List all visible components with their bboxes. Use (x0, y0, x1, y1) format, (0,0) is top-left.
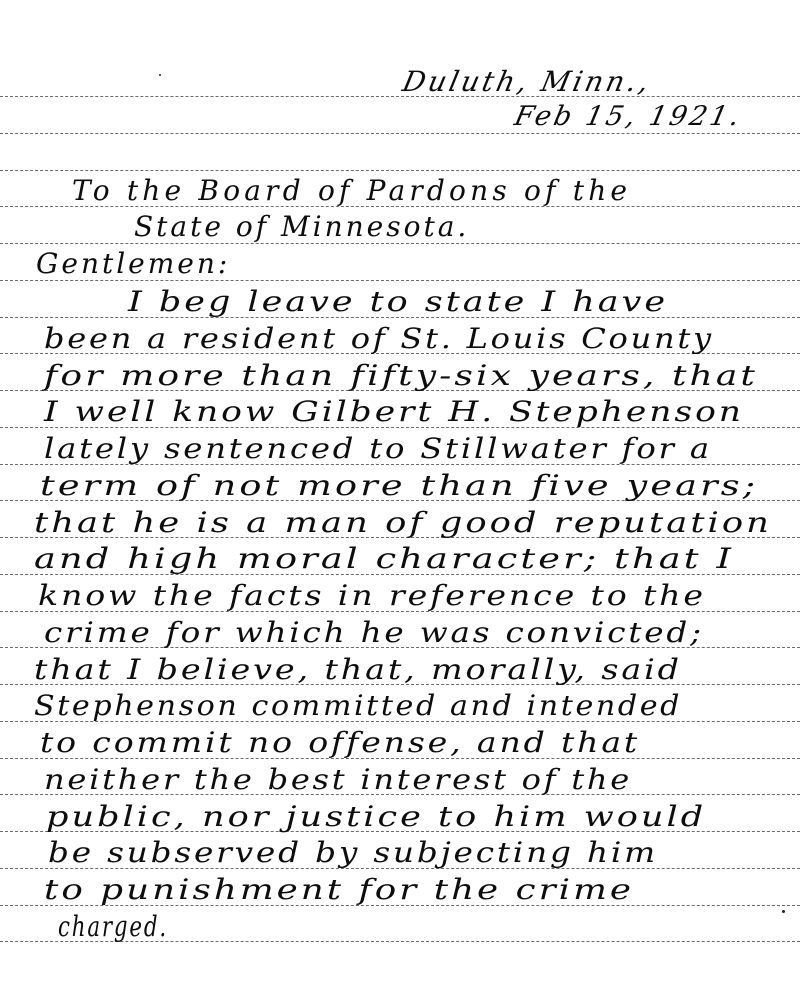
ruled-line (0, 280, 800, 281)
ruled-line (0, 243, 800, 244)
body-line: that I believe, that, morally, said (34, 656, 682, 684)
body-line: for more than fifty-six years, that (44, 362, 758, 390)
body-line: been a resident of St. Louis County (44, 325, 714, 353)
body-line: that he is a man of good reputation (34, 509, 772, 537)
body-line: public, nor justice to him would (46, 803, 706, 831)
body-line: term of not more than five years; (40, 472, 758, 500)
letter-date: Feb 15, 1921. (512, 103, 745, 130)
letter-page: Duluth, Minn., Feb 15, 1921. To the Boar… (0, 0, 800, 986)
body-line: crime for which he was convicted; (44, 619, 704, 647)
ruled-line (0, 133, 800, 134)
addressee-line-2: State of Minnesota. (134, 213, 469, 241)
body-line: I well know Gilbert H. Stephenson (44, 398, 744, 426)
ruled-line (0, 170, 800, 171)
body-line: lately sentenced to Stillwater for a (44, 435, 712, 463)
greeting: Gentlemen: (36, 250, 230, 278)
body-line: neither the best interest of the (44, 766, 632, 794)
body-line: I beg leave to state I have (128, 288, 668, 316)
body-line: be subserved by subjecting him (48, 839, 658, 867)
ink-speck (782, 910, 785, 913)
addressee-line-1: To the Board of Pardons of the (72, 177, 631, 205)
body-line: to punishment for the crime (44, 876, 634, 904)
body-line: charged. (58, 913, 168, 941)
body-line: know the facts in reference to the (38, 582, 706, 610)
body-line: to commit no offense, and that (40, 729, 640, 757)
body-line: and high moral character; that I (34, 545, 734, 573)
ink-speck (159, 74, 161, 76)
letter-place: Duluth, Minn., (400, 68, 654, 96)
body-line: Stephenson committed and intended (34, 692, 682, 720)
